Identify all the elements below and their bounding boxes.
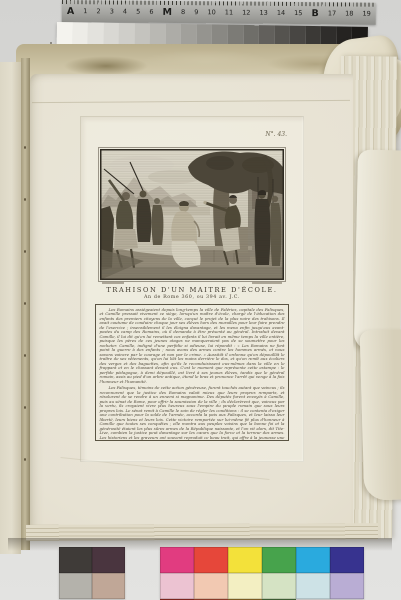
binding-stitch	[24, 146, 26, 149]
ruler-label: 9	[194, 9, 198, 16]
ruler-label: 1	[83, 8, 87, 15]
color-patch	[194, 547, 228, 573]
color-patch	[194, 573, 228, 599]
ruler-label: 13	[259, 10, 267, 17]
engraver-credit-mark	[102, 282, 124, 284]
archive-photo-backdrop: A123456M89101112131415B171819 N°. 43.	[0, 0, 401, 600]
ruler-label: B	[311, 9, 318, 19]
engraver-credit-mark	[252, 282, 282, 284]
letterpress-paragraph: Les Falisques, témoins de cette action g…	[100, 386, 285, 441]
ruler-labels: A123456M89101112131415B171819	[67, 3, 371, 23]
color-patch	[160, 573, 194, 599]
ruler-label: 17	[328, 11, 336, 18]
binding-gutter	[21, 58, 30, 550]
color-patch	[92, 573, 125, 599]
color-patch	[262, 573, 296, 599]
color-patch	[330, 573, 364, 599]
ruler-label: 14	[277, 10, 285, 17]
color-patch	[330, 547, 364, 573]
binding-stitch	[24, 406, 26, 409]
engraving-plate: N°. 43.	[80, 116, 304, 462]
ruler-label: 19	[363, 11, 371, 18]
deckled-page-flap	[354, 150, 401, 351]
plate-number: N°. 43.	[265, 131, 287, 138]
ruler-label: 8	[181, 9, 185, 16]
color-chart-hue-block	[160, 547, 364, 599]
ruler-label: 15	[294, 10, 302, 17]
color-patch	[296, 573, 330, 599]
ruler-label: 6	[149, 9, 153, 16]
deckled-page-flap-lower	[360, 329, 401, 500]
binding-stitch	[24, 250, 26, 253]
ruler-label: M	[162, 8, 172, 18]
color-patch	[92, 547, 125, 573]
color-patch	[59, 547, 92, 573]
color-chart-neutral-block	[59, 547, 125, 599]
engraving-illustration	[100, 149, 284, 280]
ruler-label: A	[67, 7, 74, 17]
ruler-label: 18	[345, 11, 353, 18]
color-patch	[228, 573, 262, 599]
letterpress-paragraph: Les Romains assiégeaient depuis long-tem…	[100, 308, 285, 385]
binding-stitch	[24, 354, 26, 357]
plate-subtitle: An de Rome 360, ou 394 av. J.C.	[80, 295, 304, 300]
binding-stitch	[24, 302, 26, 305]
ruler-label: 3	[110, 9, 114, 16]
ruler-label: 12	[242, 10, 250, 17]
ruler-label: 11	[225, 10, 233, 17]
measuring-ruler: A123456M89101112131415B171819	[62, 0, 376, 25]
ruler-label: 4	[123, 9, 127, 16]
color-patch	[228, 547, 262, 573]
color-patch	[296, 547, 330, 573]
color-patch	[262, 547, 296, 573]
hatch-texture	[100, 149, 284, 280]
binding-stitch	[24, 458, 26, 461]
ruler-label: 2	[96, 9, 100, 16]
ruler-label: 10	[207, 10, 215, 17]
engraving-image	[100, 149, 284, 280]
color-patch	[160, 547, 194, 573]
facing-page	[0, 62, 21, 554]
letterpress-text-block: Les Romains assiégeaient depuis long-tem…	[95, 304, 289, 441]
binding-stitch	[24, 198, 26, 201]
color-patch	[59, 573, 92, 599]
plate-title: TRAHISON D'UN MAITRE D'ÉCOLE.	[80, 286, 304, 294]
ruler-label: 5	[136, 9, 140, 16]
